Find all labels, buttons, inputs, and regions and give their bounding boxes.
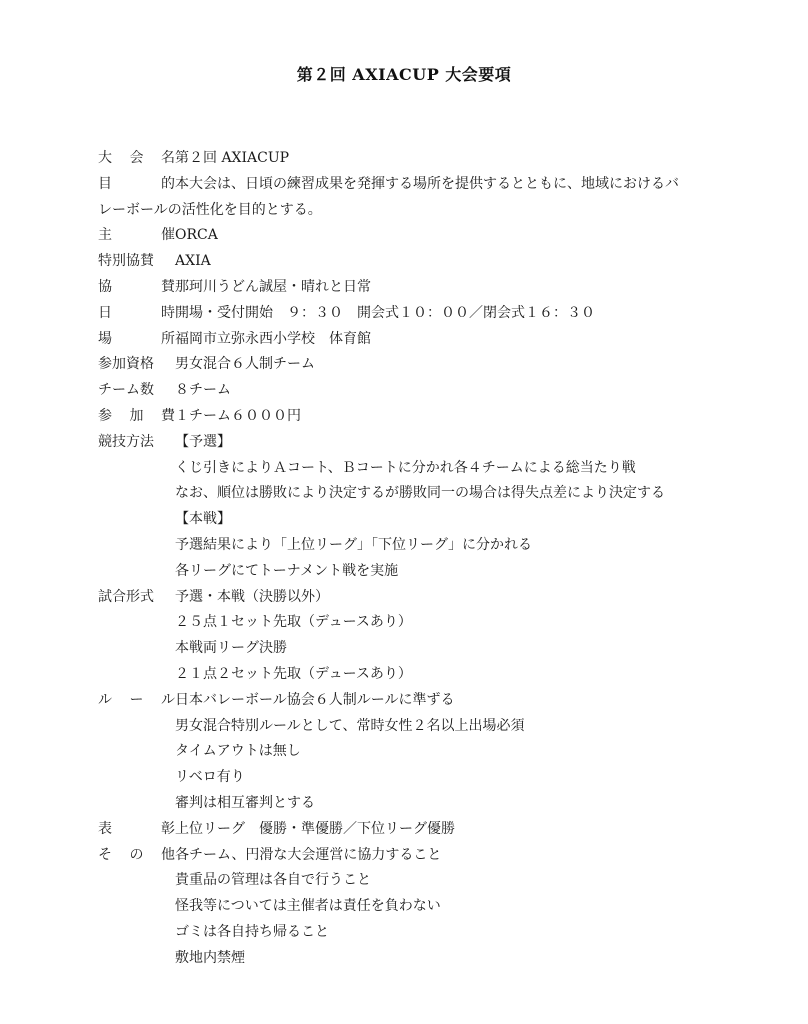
- label-eligibility: 参加資格: [98, 352, 175, 378]
- section-competition-method: 競技方法 【予選】 くじ引きによりＡコート、Ｂコートに分かれ各４チームによる総当…: [98, 430, 738, 585]
- section-match-format: 試合形式 予選・本戦（決勝以外） ２５点１セット先取（デュースあり） 本戦両リー…: [98, 585, 738, 688]
- label-datetime: 日 時: [98, 301, 175, 327]
- section-organizer: 主 催 ORCA: [98, 223, 738, 249]
- value-purpose: 本大会は、日頃の練習成果を発揮する場所を提供するとともに、地域におけるバ レーボ…: [175, 172, 738, 224]
- main-round-heading: 【本戦】: [175, 507, 738, 533]
- section-entry-fee: 参 加 費 １チーム６０００円: [98, 404, 738, 430]
- purpose-continuation: レーボールの活性化を目的とする。: [98, 198, 738, 224]
- label-team-count: チーム数: [98, 378, 175, 404]
- value-organizer: ORCA: [175, 223, 738, 249]
- section-venue: 場 所 福岡市立弥永西小学校 体育館: [98, 327, 738, 353]
- section-purpose: 目 的 本大会は、日頃の練習成果を発揮する場所を提供するとともに、地域におけるバ…: [98, 172, 738, 224]
- label-venue: 場 所: [98, 327, 175, 353]
- section-sponsors: 協 賛 那珂川うどん誠屋・晴れと日常: [98, 275, 738, 301]
- value-venue: 福岡市立弥永西小学校 体育館: [175, 327, 738, 353]
- section-team-count: チーム数 ８チーム: [98, 378, 738, 404]
- value-special-sponsor: AXIA: [175, 249, 738, 275]
- section-special-sponsor: 特別協賛 AXIA: [98, 249, 738, 275]
- section-rules: ル ー ル 日本バレーボール協会６人制ルールに準ずる 男女混合特別ルールとして、…: [98, 688, 738, 817]
- section-other: そ の 他 各チーム、円滑な大会運営に協力すること 貴重品の管理は各自で行うこと…: [98, 843, 738, 972]
- label-organizer: 主 催: [98, 223, 175, 249]
- value-eligibility: 男女混合６人制チーム: [175, 352, 738, 378]
- section-eligibility: 参加資格 男女混合６人制チーム: [98, 352, 738, 378]
- value-competition-method: 【予選】 くじ引きによりＡコート、Ｂコートに分かれ各４チームによる総当たり戦 な…: [175, 430, 738, 585]
- section-tournament-name: 大 会 名 第２回 AXIACUP: [98, 146, 738, 172]
- label-other: そ の 他: [98, 843, 175, 869]
- value-other: 各チーム、円滑な大会運営に協力すること 貴重品の管理は各自で行うこと 怪我等につ…: [175, 843, 738, 972]
- preliminary-heading: 【予選】: [175, 430, 738, 456]
- section-datetime: 日 時 開場・受付開始 ９：３０ 開会式１０：００／閉会式１６：３０: [98, 301, 738, 327]
- label-entry-fee: 参 加 費: [98, 404, 175, 430]
- document-title: 第２回 AXIACUP 大会要項: [0, 62, 808, 85]
- label-special-sponsor: 特別協賛: [98, 249, 175, 275]
- value-match-format: 予選・本戦（決勝以外） ２５点１セット先取（デュースあり） 本戦両リーグ決勝 ２…: [175, 585, 738, 688]
- label-purpose: 目 的: [98, 172, 175, 198]
- value-entry-fee: １チーム６０００円: [175, 404, 738, 430]
- label-rules: ル ー ル: [98, 688, 175, 714]
- value-sponsors: 那珂川うどん誠屋・晴れと日常: [175, 275, 738, 301]
- label-tournament-name: 大 会 名: [98, 146, 175, 172]
- section-awards: 表 彰 上位リーグ 優勝・準優勝／下位リーグ優勝: [98, 817, 738, 843]
- value-team-count: ８チーム: [175, 378, 738, 404]
- label-sponsors: 協 賛: [98, 275, 175, 301]
- label-match-format: 試合形式: [98, 585, 175, 611]
- document-body: 大 会 名 第２回 AXIACUP 目 的 本大会は、日頃の練習成果を発揮する場…: [98, 146, 738, 972]
- label-competition-method: 競技方法: [98, 430, 175, 456]
- value-rules: 日本バレーボール協会６人制ルールに準ずる 男女混合特別ルールとして、常時女性２名…: [175, 688, 738, 817]
- label-awards: 表 彰: [98, 817, 175, 843]
- value-datetime: 開場・受付開始 ９：３０ 開会式１０：００／閉会式１６：３０: [175, 301, 738, 327]
- value-tournament-name: 第２回 AXIACUP: [175, 146, 738, 172]
- value-awards: 上位リーグ 優勝・準優勝／下位リーグ優勝: [175, 817, 738, 843]
